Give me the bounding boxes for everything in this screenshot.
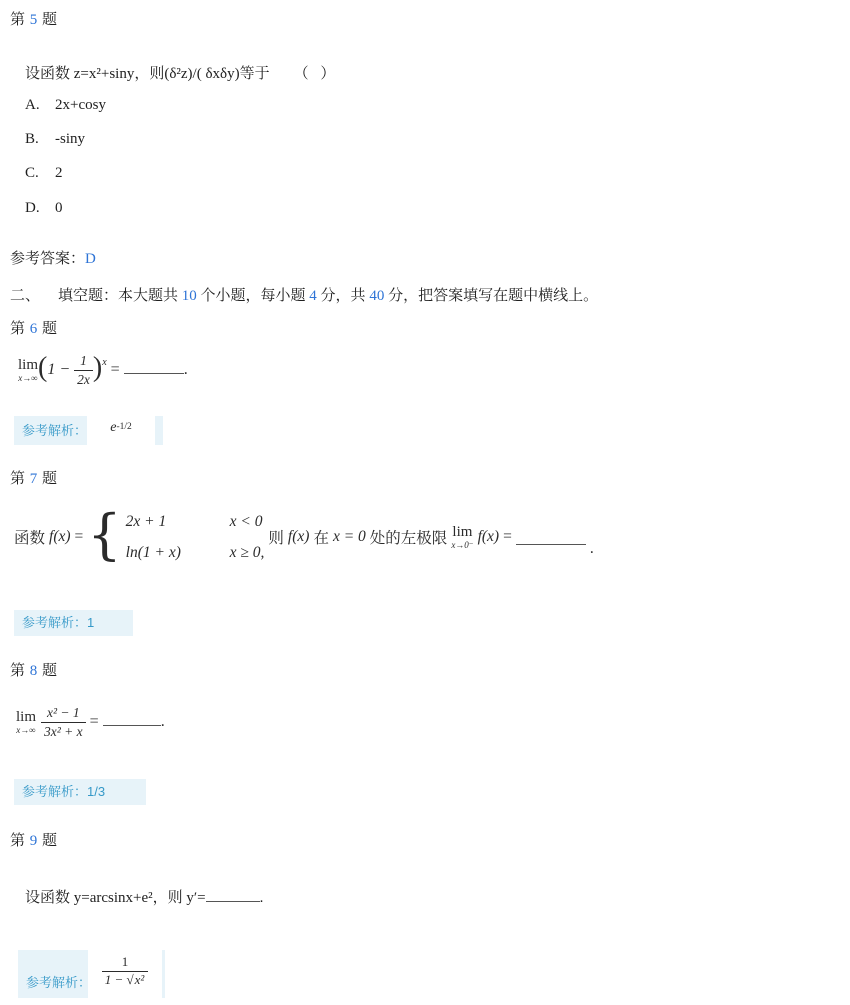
equals-sign: =	[86, 713, 103, 730]
fraction-numerator: x² − 1	[41, 704, 86, 723]
reference-answer: 参考答案：D	[10, 247, 96, 268]
option-d: D.0	[25, 200, 63, 217]
section-text-1: 填空题：本大题共	[58, 288, 182, 304]
reference-answer-label: 参考答案：	[10, 251, 85, 267]
q5-stem-text: 设函数 z=x²+siny，则(δ²z)/( δxδy)等于	[25, 66, 270, 82]
case2-condition: x ≥ 0,	[230, 544, 265, 561]
q6-header-pre: 第	[10, 321, 30, 337]
limit-operator: limx→∞	[16, 710, 36, 735]
radicand: x²	[134, 971, 146, 987]
q6-analysis-box: 参考解析： e-1/2	[14, 416, 163, 445]
case-row-1: 2x + 1x < 0	[126, 506, 265, 537]
lim-subscript: x→∞	[16, 726, 36, 735]
radical-sign: √	[126, 972, 133, 987]
q9-stem-text: 设函数 y=arcsinx+e²，则 y′=	[25, 890, 206, 906]
equals-sign: =	[75, 528, 84, 546]
question-6-header: 第 6 题	[10, 317, 58, 338]
x-equals-zero: x = 0	[333, 528, 366, 546]
option-c: C.2	[25, 165, 63, 182]
fx-notation: f(x)	[288, 528, 310, 546]
q5-answer-brackets: （ ）	[294, 66, 340, 82]
q9-analysis-label: 参考解析：	[26, 972, 91, 991]
equals-sign: =	[107, 361, 124, 378]
q7-analysis-label: 参考解析：	[22, 615, 87, 630]
lim-text: lim	[16, 710, 36, 725]
section-heading: 二、填空题：本大题共 10 个小题，每小题 4 分，共 40 分，把答案填写在题…	[10, 284, 598, 305]
option-a-label: A.	[25, 97, 55, 114]
q7-header-pre: 第	[10, 471, 30, 487]
fraction-numerator: 1	[102, 954, 149, 972]
option-b-text: -siny	[55, 131, 85, 147]
option-a-text: 2x+cosy	[55, 97, 106, 113]
q9-header-pre: 第	[10, 833, 30, 849]
section-text-2: 个小题，每小题	[197, 288, 310, 304]
period: .	[590, 540, 594, 570]
denominator-text: 1 −	[105, 972, 127, 987]
section-points-total: 40	[369, 288, 384, 304]
option-b: B.-siny	[25, 131, 85, 148]
section-number: 二、	[10, 288, 40, 304]
q8-header-pre: 第	[10, 663, 30, 679]
q7-mid-text-1: 则	[268, 526, 284, 548]
fraction-denominator: 1 − √x²	[102, 972, 149, 989]
question-9-stem: 设函数 y=arcsinx+e²，则 y′=.	[25, 886, 263, 907]
q7-header-number: 7	[30, 471, 38, 487]
option-b-label: B.	[25, 131, 55, 148]
fx-notation: f(x)	[49, 528, 71, 546]
limit-operator: limx→0⁻	[451, 525, 473, 550]
question-9-header: 第 9 题	[10, 829, 58, 850]
q5-header-pre: 第	[10, 12, 30, 28]
period: .	[184, 361, 188, 378]
question-5-header: 第 5 题	[10, 8, 58, 29]
limit-operator: limx→∞	[18, 358, 38, 383]
period: .	[260, 890, 264, 906]
section-text-3: 分，共	[317, 288, 370, 304]
q8-analysis-label: 参考解析：	[22, 784, 87, 799]
q7-mid-text-2: 在	[313, 526, 329, 548]
q9-analysis-box: 参考解析： 11 − √x²	[18, 950, 165, 998]
q7-header-suf: 题	[38, 471, 58, 487]
fraction: 12x	[74, 352, 93, 388]
q6-formula: limx→∞(1 − 12x)x = .	[18, 344, 188, 382]
lim-text: lim	[18, 358, 38, 373]
answer-blank-line	[124, 360, 184, 374]
q8-header-number: 8	[30, 663, 38, 679]
q8-analysis-box: 参考解析：1/3	[14, 779, 146, 805]
q8-formula: limx→∞x² − 13x² + x = .	[16, 698, 165, 746]
q5-header-suf: 题	[38, 12, 58, 28]
option-d-label: D.	[25, 200, 55, 217]
q7-prefix-text: 函数	[14, 526, 45, 548]
option-c-label: C.	[25, 165, 55, 182]
case-row-2: ln(1 + x)x ≥ 0,	[126, 537, 265, 568]
left-paren: (	[38, 352, 47, 383]
q6-analysis-answer: e-1/2	[87, 409, 155, 445]
cases-brace: {	[87, 508, 121, 562]
q7-formula: 函数 f(x) = { 2x + 1x < 0 ln(1 + x)x ≥ 0, …	[14, 504, 594, 570]
fraction-denominator: 3x² + x	[41, 723, 86, 741]
q8-header-suf: 题	[38, 663, 58, 679]
fraction-denominator: 2x	[74, 371, 93, 389]
question-8-header: 第 8 题	[10, 659, 58, 680]
q6-header-suf: 题	[38, 321, 58, 337]
reference-answer-value: D	[85, 251, 96, 267]
question-5-stem: 设函数 z=x²+siny，则(δ²z)/( δxδy)等于（ ）	[25, 62, 339, 83]
section-points-each: 4	[309, 288, 317, 304]
answer-e-exponent: -1/2	[116, 413, 131, 442]
q9-header-suf: 题	[38, 833, 58, 849]
section-text-4: 分，把答案填写在题中横线上。	[384, 288, 598, 304]
q6-header-number: 6	[30, 321, 38, 337]
fraction-numerator: 1	[74, 352, 93, 371]
question-7-header: 第 7 题	[10, 467, 58, 488]
right-paren: )	[93, 352, 102, 383]
answer-blank-line	[103, 712, 161, 726]
q7-analysis-answer: 1	[87, 615, 94, 630]
q9-analysis-answer: 11 − √x²	[88, 942, 162, 1000]
lim-subscript: x→0⁻	[451, 541, 473, 550]
option-c-text: 2	[55, 165, 63, 181]
q6-term: 1 −	[47, 361, 74, 378]
lim-text: lim	[451, 525, 473, 540]
q6-analysis-label: 参考解析：	[22, 423, 87, 438]
q5-header-number: 5	[30, 12, 38, 28]
case2-expression: ln(1 + x)	[126, 537, 230, 568]
case1-expression: 2x + 1	[126, 506, 230, 537]
option-d-text: 0	[55, 200, 63, 216]
equals-sign: =	[503, 528, 512, 546]
fraction: x² − 13x² + x	[41, 704, 86, 740]
answer-blank-line	[516, 544, 586, 545]
q7-analysis-box: 参考解析：1	[14, 610, 133, 636]
option-a: A.2x+cosy	[25, 97, 106, 114]
piecewise-cases: 2x + 1x < 0 ln(1 + x)x ≥ 0,	[126, 506, 265, 568]
answer-blank-line	[206, 888, 260, 902]
case1-condition: x < 0	[230, 513, 263, 530]
square-root: √x²	[126, 971, 145, 987]
exam-page: 第 5 题 设函数 z=x²+siny，则(δ²z)/( δxδy)等于（ ） …	[0, 0, 850, 1005]
section-count-questions: 10	[182, 288, 197, 304]
q9-header-number: 9	[30, 833, 38, 849]
lim-subscript: x→∞	[18, 374, 38, 383]
q7-mid-text-3: 处的左极限	[370, 526, 448, 548]
fx-notation: f(x)	[478, 528, 500, 546]
q8-analysis-answer: 1/3	[87, 784, 105, 799]
fraction: 11 − √x²	[102, 954, 149, 989]
period: .	[161, 713, 165, 730]
